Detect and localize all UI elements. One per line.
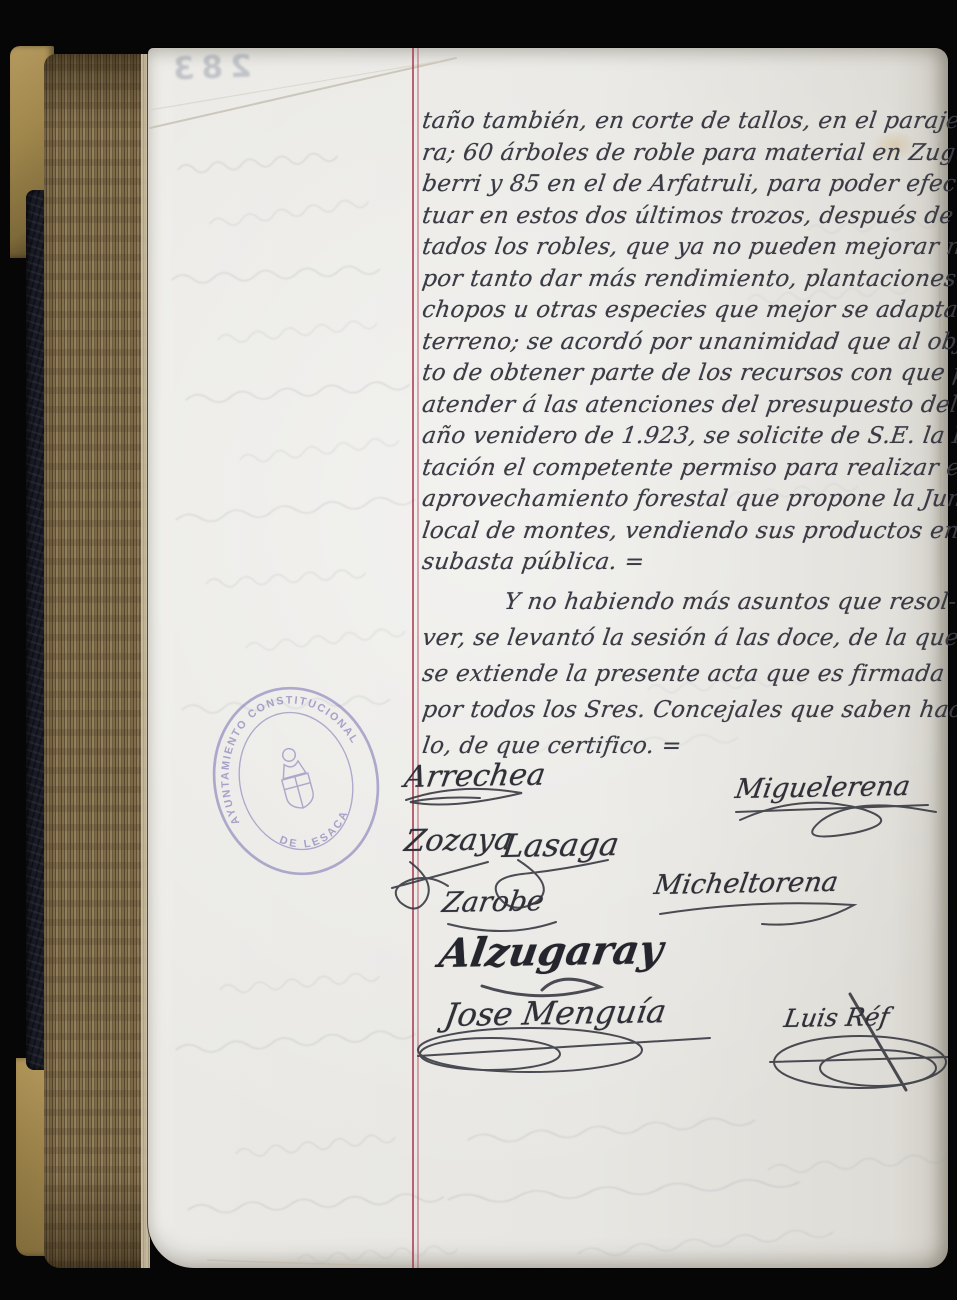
ghost-folio-number: 283 [165,49,252,88]
book-page-block-fore-edge [44,54,150,1268]
stamp-coat-of-arms [274,745,316,811]
manuscript-paragraph-1: taño también, en corte de tallos, en el … [420,106,950,579]
manuscript-line: tación el competente permiso para realiz… [420,453,954,485]
manuscript-line: año venidero de 1.923, se solicite de S.… [420,421,954,453]
manuscript-line: local de montes, vendiendo sus productos… [420,516,954,548]
manuscript-line: taño también, en corte de tallos, en el … [420,106,954,138]
manuscript-line: aprovechamiento forestal que propone la … [420,484,954,516]
manuscript-line: subasta pública. = [420,547,954,579]
manuscript-line: por todos los Sres. Concejales que saben… [420,692,955,728]
signature-miguelerena: Miguelerena [733,771,912,805]
signature-luis: Luis Réf [782,1002,891,1033]
svg-text:AYUNTAMIENTO CONSTITUCIONAL: AYUNTAMIENTO CONSTITUCIONAL [199,678,373,828]
scanned-book-page: 283 taño también, en corte de tallos, en… [0,0,957,1300]
signature-jose-menguia: Jose Menguía [442,992,669,1034]
signature-micheltorena: Micheltorena [652,867,840,901]
stamp-arc-bottom-text: DE LESACA [273,805,358,858]
manuscript-line: terreno; se acordó por unanimidad que al… [420,327,954,359]
manuscript-line: tados los robles, que ya no pueden mejor… [420,232,954,264]
manuscript-line: atender á las atenciones del presupuesto… [420,390,954,422]
manuscript-line: berri y 85 en el de Arfatruli, para pode… [420,169,954,201]
stamp-arc-top-text: AYUNTAMIENTO CONSTITUCIONAL [199,678,373,828]
manuscript-line: tuar en estos dos últimos trozos, despué… [420,201,954,233]
manuscript-line: Y no habiendo más asuntos que resol- [502,584,955,620]
signature-arrechea: Arrechea [402,758,548,795]
manuscript-line: se extiende la presente acta que es firm… [420,656,955,692]
red-margin-line [412,48,414,1268]
manuscript-paragraph-2: Y no habiendo más asuntos que resol- ver… [420,584,950,764]
signature-alzugaray: Alzugaray [436,926,666,977]
svg-text:DE LESACA: DE LESACA [273,805,358,858]
manuscript-line: por tanto dar más rendimiento, plantacio… [420,264,954,296]
signature-zozaya: Zozaya [402,822,515,859]
signature-zarobe: Zarobe [440,884,546,919]
manuscript-line: ra; 60 árboles de roble para material en… [420,138,954,170]
manuscript-line: ver, se levantó la sesión á las doce, de… [420,620,955,656]
red-margin-line-secondary [417,48,419,1268]
manuscript-line: to de obtener parte de los recursos con … [420,358,954,390]
signature-lasaga: Lasaga [500,825,622,865]
manuscript-line: chopos u otras especies que mejor se ada… [420,295,954,327]
